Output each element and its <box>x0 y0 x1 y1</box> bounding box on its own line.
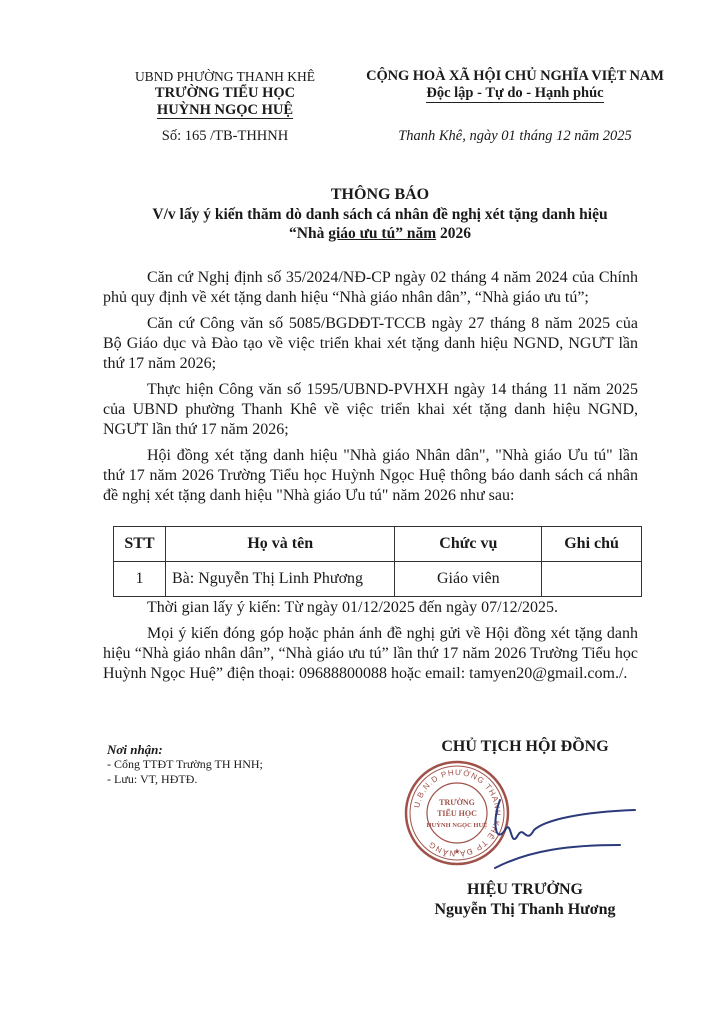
closing-body: Thời gian lấy ý kiến: Từ ngày 01/12/2025… <box>103 598 638 690</box>
document-title-block: THÔNG BÁO V/v lấy ý kiến thăm dò danh sá… <box>120 185 640 243</box>
svg-text:TRƯỜNG: TRƯỜNG <box>439 797 475 807</box>
consultation-period: Thời gian lấy ý kiến: Từ ngày 01/12/2025… <box>103 598 638 618</box>
table-header-row: STT Họ và tên Chức vụ Ghi chú <box>114 527 642 562</box>
signatory-title: CHỦ TỊCH HỘI ĐỒNG <box>400 738 650 756</box>
recipient-item: - Cổng TTĐT Trường TH HNH; <box>107 757 357 772</box>
column-header-note: Ghi chú <box>542 527 642 562</box>
recipients-block: Nơi nhận: - Cổng TTĐT Trường TH HNH; - L… <box>107 742 357 787</box>
table-row: 1 Bà: Nguyễn Thị Linh Phương Giáo viên <box>114 562 642 597</box>
body-paragraph: Hội đồng xét tặng danh hiệu "Nhà giáo Nh… <box>103 446 638 506</box>
body-paragraph: Căn cứ Công văn số 5085/BGDĐT-TCCB ngày … <box>103 314 638 374</box>
handwritten-signature-icon <box>490 790 640 870</box>
body-paragraph: Căn cứ Nghị định số 35/2024/NĐ-CP ngày 0… <box>103 268 638 308</box>
contact-paragraph: Mọi ý kiến đóng góp hoặc phản ánh đề ngh… <box>103 624 638 684</box>
column-header-name: Họ và tên <box>165 527 395 562</box>
document-body: Căn cứ Nghị định số 35/2024/NĐ-CP ngày 0… <box>103 268 638 512</box>
recipient-item: - Lưu: VT, HĐTĐ. <box>107 772 357 787</box>
document-subject-line1: V/v lấy ý kiến thăm dò danh sách cá nhân… <box>120 205 640 224</box>
nominee-table: STT Họ và tên Chức vụ Ghi chú 1 Bà: Nguy… <box>113 526 642 597</box>
place-date: Thanh Khê, ngày 01 tháng 12 năm 2025 <box>355 128 675 145</box>
cell-stt: 1 <box>114 562 166 597</box>
recipients-title: Nơi nhận: <box>107 742 357 757</box>
national-header: CỘNG HOÀ XÃ HỘI CHỦ NGHĨA VIỆT NAM Độc l… <box>355 68 675 145</box>
document-subject-line2: “Nhà giáo ưu tú” năm 2026 <box>120 224 640 243</box>
school-name-line2: HUỲNH NGỌC HUỆ <box>100 102 350 119</box>
issuing-authority: UBND PHƯỜNG THANH KHÊ <box>100 68 350 85</box>
document-number: Số: 165 /TB-THHNH <box>100 128 350 145</box>
svg-text:TIỂU HỌC: TIỂU HỌC <box>437 808 477 818</box>
cell-note <box>542 562 642 597</box>
signatory-block: HIỆU TRƯỞNG Nguyễn Thị Thanh Hương <box>400 880 650 920</box>
column-header-position: Chức vụ <box>395 527 542 562</box>
signatory-role: HIỆU TRƯỞNG <box>400 880 650 900</box>
cell-position: Giáo viên <box>395 562 542 597</box>
signatory-name: Nguyễn Thị Thanh Hương <box>400 900 650 920</box>
national-motto: Độc lập - Tự do - Hạnh phúc <box>355 85 675 102</box>
column-header-stt: STT <box>114 527 166 562</box>
document-title: THÔNG BÁO <box>120 185 640 205</box>
issuer-block: UBND PHƯỜNG THANH KHÊ TRƯỜNG TIỂU HỌC HU… <box>100 68 350 145</box>
body-paragraph: Thực hiện Công văn số 1595/UBND-PVHXH ng… <box>103 380 638 440</box>
cell-name: Bà: Nguyễn Thị Linh Phương <box>165 562 395 597</box>
school-name-line1: TRƯỜNG TIỂU HỌC <box>100 85 350 102</box>
svg-text:★: ★ <box>453 847 460 856</box>
country-name: CỘNG HOÀ XÃ HỘI CHỦ NGHĨA VIỆT NAM <box>355 68 675 85</box>
svg-text:HUỲNH NGỌC HUỆ: HUỲNH NGỌC HUỆ <box>426 821 487 829</box>
